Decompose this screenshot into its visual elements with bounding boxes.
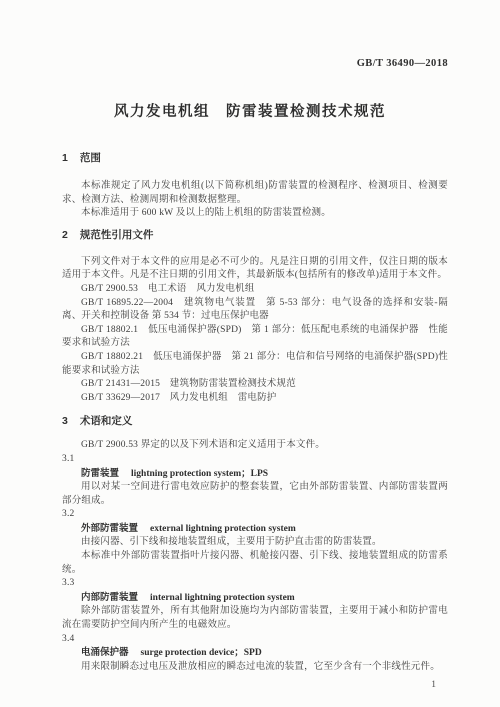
reference-item: GB/T 18802.1 低压电涌保护器(SPD) 第 1 部分：低压配电系统的… (62, 324, 448, 351)
scope-paragraph: 本标准规定了风力发电机组(以下简称机组)防雷装置的检测程序、检测项目、检测要求、… (62, 180, 448, 207)
document-title-part2: 防雷装置检测技术规范 (226, 104, 386, 120)
normative-intro-paragraph: 下列文件对于本文件的应用是必不可少的。凡是注日期的引用文件，仅注日期的版本适用于… (62, 256, 448, 283)
scope-paragraph: 本标准适用于 600 kW 及以上的陆上机组的防雷装置检测。 (62, 207, 448, 221)
term-name: 电涌保护器surge protection device；SPD (62, 646, 448, 661)
term-name-zh: 外部防雷装置 (81, 523, 138, 534)
document-title-part1: 风力发电机组 (114, 104, 210, 120)
term-number: 3.3 (62, 577, 448, 591)
term-name-zh: 防雷装置 (81, 468, 119, 479)
standard-code: GB/T 36490—2018 (357, 58, 448, 69)
document-page: GB/T 36490—2018 风力发电机组防雷装置检测技术规范 1范围 本标准… (0, 0, 500, 707)
section-2-number: 2 (62, 229, 68, 242)
reference-item: GB/T 21431—2015 建筑物防雷装置检测技术规范 (62, 378, 448, 392)
section-2-heading: 2规范性引用文件 (62, 229, 448, 242)
term-name-en: lightning protection system；LPS (131, 469, 268, 479)
term-definition: 本标准中外部防雷装置指叶片接闪器、机舱接闪器、引下线、接地装置组成的防雷系统。 (62, 550, 448, 577)
section-2-title: 规范性引用文件 (80, 229, 154, 241)
term-name-zh: 内部防雷装置 (81, 592, 138, 603)
term-definition: 除外部防雷装置外，所有其他附加设施均为内部防雷装置，主要用于减小和防护雷电流在需… (62, 605, 448, 632)
term-definition: 由接闪器、引下线和接地装置组成，主要用于防护直击雷的防雷装置。 (62, 536, 448, 550)
reference-item: GB/T 16895.22—2004 建筑物电气装置 第 5-53 部分：电气设… (62, 297, 448, 324)
term-number: 3.4 (62, 633, 448, 647)
term-name-zh: 电涌保护器 (81, 647, 129, 658)
term-definition: 用以对某一空间进行雷电效应防护的整套装置，它由外部防雷装置、内部防雷装置两部分组… (62, 481, 448, 508)
section-3-number: 3 (62, 415, 68, 428)
section-3-heading: 3术语和定义 (62, 415, 448, 428)
term-name: 内部防雷装置internal lightning protection syst… (62, 591, 448, 606)
document-title: 风力发电机组防雷装置检测技术规范 (0, 100, 500, 121)
term-definition: 用来限制瞬态过电压及泄放相应的瞬态过电流的装置，它至少含有一个非线性元件。 (62, 661, 448, 675)
term-name-en: surge protection device；SPD (141, 648, 262, 658)
term-name-en: external lightning protection system (150, 524, 296, 534)
section-3-title: 术语和定义 (80, 415, 133, 427)
terms-intro-paragraph: GB/T 2900.53 界定的以及下列术语和定义适用于本文件。 (62, 439, 448, 453)
term-name-en: internal lightning protection system (150, 593, 295, 603)
page-number: 1 (62, 679, 436, 692)
section-1-title: 范围 (80, 152, 101, 164)
term-name: 防雷装置lightning protection system；LPS (62, 467, 448, 482)
reference-item: GB/T 2900.53 电工术语 风力发电机组 (62, 283, 448, 297)
term-name: 外部防雷装置external lightning protection syst… (62, 522, 448, 537)
term-number: 3.2 (62, 508, 448, 522)
reference-item: GB/T 33629—2017 风力发电机组 雷电防护 (62, 392, 448, 406)
page-content: 1范围 本标准规定了风力发电机组(以下简称机组)防雷装置的检测程序、检测项目、检… (62, 146, 448, 692)
reference-item: GB/T 18802.21 低压电涌保护器 第 21 部分：电信和信号网络的电涌… (62, 351, 448, 378)
term-number: 3.1 (62, 453, 448, 467)
section-1-number: 1 (62, 152, 68, 165)
section-1-heading: 1范围 (62, 152, 448, 165)
